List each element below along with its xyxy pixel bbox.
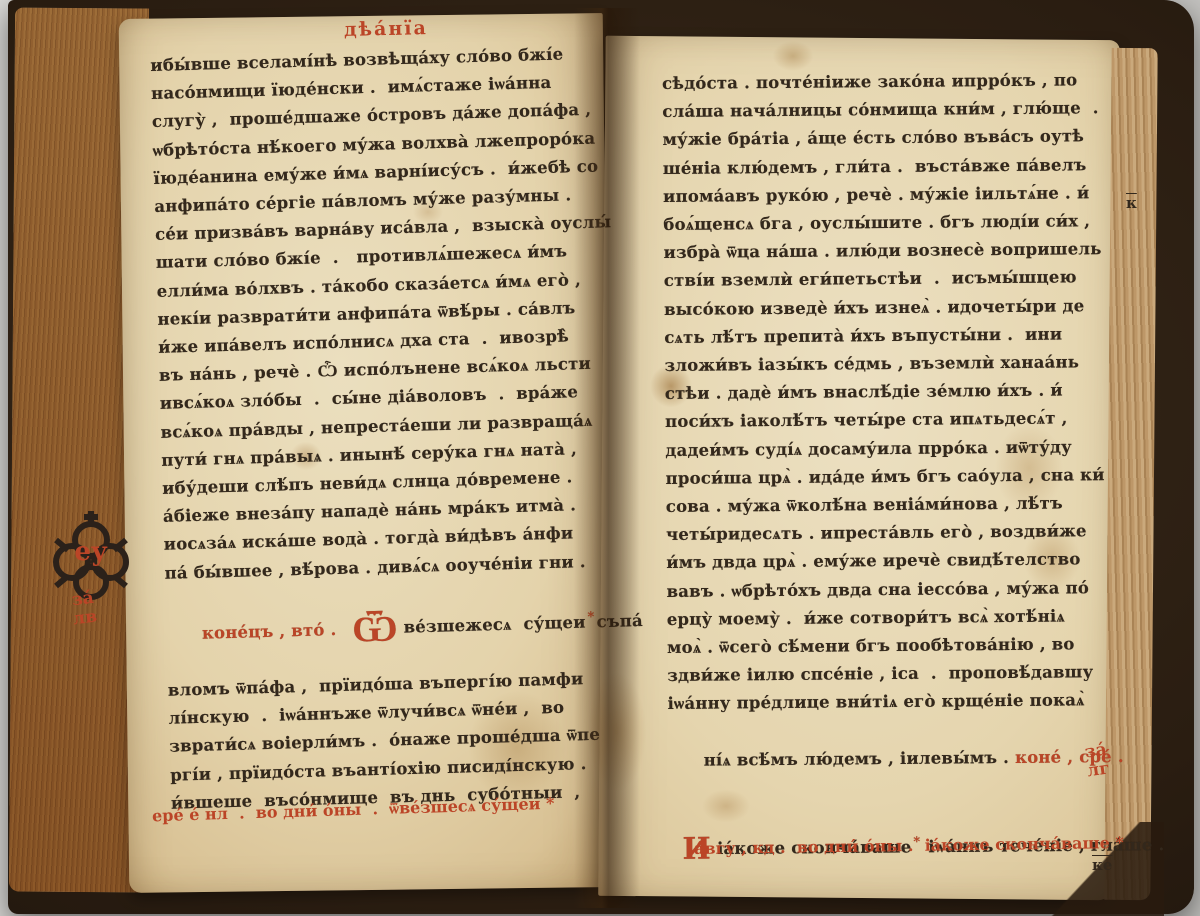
text-line: поси́хъ іаколѣ́тъ четы́ре ста ипѧтьдесѧ́… (665, 404, 1117, 436)
text-line: дадеи́мъ суді́ѧ досаму́ила прро́ка . иѿт… (665, 433, 1117, 465)
text-line: сѧть лѣ́тъ препита̀ и́хъ въпусты́ни . ин… (664, 320, 1116, 352)
line-text: ні́ѧ всѣ́мъ лю́демъ , іилевы́мъ . (704, 748, 1010, 770)
zachalo-number: лв (72, 608, 98, 630)
text-line: вавъ . ѡбрѣто́хъ двда сна іессо́ва , му́… (666, 574, 1118, 606)
text-line: ерцу̀ моему̀ . и́же сотвори́тъ всѧ̀ хотѣ… (667, 602, 1119, 634)
text-line: здви́же іилю спсе́ніе , іса . проповѣ́да… (667, 658, 1119, 690)
text-line-with-rubric: ні́ѧ всѣ́мъ лю́демъ , іилевы́мъ . коне́ … (668, 715, 1121, 804)
text-line: сѣдо́ста . почте́ніиже зако́на ипрро́къ … (662, 66, 1114, 98)
text-line: моѧ̀ . ѿсего̀ сѣ́мени бгъ пообѣтова́нію … (667, 630, 1119, 662)
right-text-block: сѣдо́ста . почте́ніиже зако́на ипрро́къ … (662, 66, 1121, 892)
text-line: высо́кою изведѐ и́хъ изнеѧ̀ . идочеты́ри… (664, 292, 1116, 324)
zachalo-32-mark: за́ лв (70, 589, 98, 630)
text-line: стѣи . дадѐ и́мъ внаслѣ́діе зе́млю и́хъ … (665, 376, 1117, 408)
left-text-block: ибы́вше вселамі́нѣ возвѣща́ху сло́во бжі… (150, 39, 623, 817)
rubric-line: коне́цъ , вто́ .Ѿве́зшежесѧ су́щеи*съпа́ (165, 575, 619, 677)
medallion-letters: еу (74, 537, 108, 567)
text-line: сова . му́жа ѿколѣ́на веніа́ми́нова , лѣ… (666, 489, 1118, 521)
text-line: стві́и вземлѝ еги́петьстѣи . исъмы́шцею (664, 263, 1116, 295)
quire-mark: к (1126, 194, 1137, 213)
text-line: зложи́въ іазы́къ се́дмь , въземлѝ ханаа́… (664, 348, 1116, 380)
text-line: іѡа́нну пре́длице вни́тіѧ его̀ крще́ніе … (667, 687, 1119, 719)
text-line: и́мъ двда црѧ̀ . ему́же иречѐ свидѣ́телс… (666, 545, 1118, 577)
zachalo-number: лг (1086, 759, 1111, 781)
running-title: дѣа́нїа (344, 17, 428, 41)
line-text: съпа́ (596, 611, 643, 631)
text-line: сла́ша нача́лницы со́нмища кни́м , глю́щ… (662, 94, 1114, 126)
end-of-reading-rubric: коне́цъ , вто́ . (202, 620, 337, 643)
photo-of-open-book: дѣа́нїа ибы́вше вселамі́нѣ возвѣща́ху сл… (0, 0, 1200, 916)
drop-cap-initial: Ѿ (352, 607, 398, 650)
text-line: четы́ридесѧть . ипреста́вль его̀ , воздв… (666, 517, 1118, 549)
text-line: му́жіе бра́тіа , а́ще е́сть сло́во въва́… (662, 122, 1114, 154)
text-line: избра̀ ѿца на́ша . илю́ди вознесѐ воприш… (663, 235, 1115, 267)
text-line: ипома́авъ руко́ю , речѐ . му́жіе іильтѧ́… (663, 179, 1115, 211)
text-line: ше́ніа клю́демъ , гли́та . въста́вже па́… (663, 151, 1115, 183)
folio-number: ке (1092, 856, 1112, 875)
text-line: боѧ́щенсѧ бга , оуслы́шите . бгъ люді́и … (663, 207, 1115, 239)
text-line: проси́ша црѧ̀ . ида́де и́мъ бгъ сао́ула … (665, 461, 1117, 493)
line-text: ве́зшежесѧ су́щеи (403, 613, 586, 637)
reading-start-mark: * (587, 610, 594, 625)
